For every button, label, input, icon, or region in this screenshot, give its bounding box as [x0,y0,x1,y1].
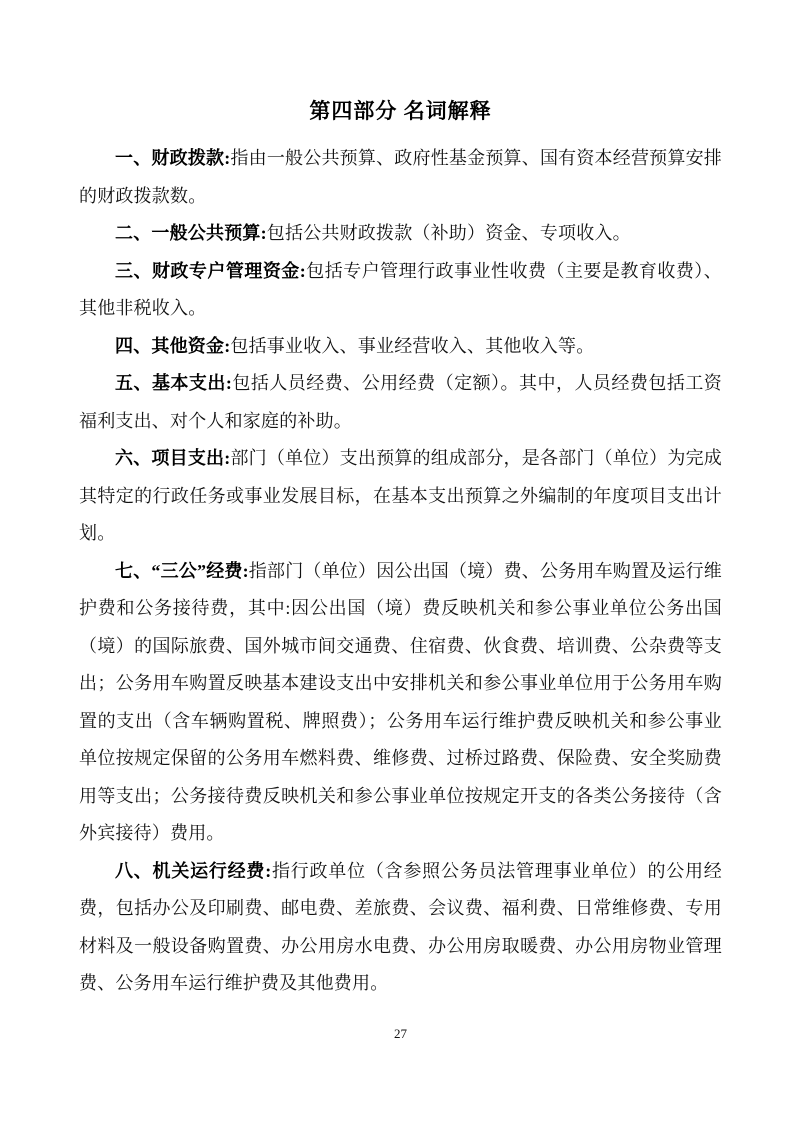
definition-term: 一、财政拨款: [115,148,230,168]
document-page: 第四部分 名词解释 一、财政拨款:指由一般公共预算、政府性基金预算、国有资本经营… [0,0,793,1122]
definition-paragraph: 八、机关运行经费:指行政单位（含参照公务员法管理事业单位）的公用经费，包括办公及… [79,853,722,1003]
definition-text: 包括事业收入、事业经营收入、其他收入等。 [230,336,594,356]
definition-term: 七、“三公”经费: [115,561,249,581]
definition-term: 三、财政专户管理资金: [115,261,306,281]
definition-paragraph: 五、基本支出:包括人员经费、公用经费（定额）。其中，人员经费包括工资福利支出、对… [79,365,722,440]
definition-term: 四、其他资金: [115,336,230,356]
definition-term: 五、基本支出: [115,373,232,393]
definition-paragraph: 三、财政专户管理资金:包括专户管理行政事业性收费（主要是教育收费）、其他非税收入… [79,253,722,328]
page-title: 第四部分 名词解释 [79,97,722,125]
definition-paragraph: 六、项目支出:部门（单位）支出预算的组成部分，是各部门（单位）为完成其特定的行政… [79,440,722,553]
definition-paragraph: 一、财政拨款:指由一般公共预算、政府性基金预算、国有资本经营预算安排的财政拨款数… [79,140,722,215]
definition-text: 指部门（单位）因公出国（境）费、公务用车购置及运行维护费和公务接待费，其中:因公… [79,561,722,844]
page-number: 27 [79,1026,722,1042]
definition-paragraph: 七、“三公”经费:指部门（单位）因公出国（境）费、公务用车购置及运行维护费和公务… [79,553,722,853]
definition-term: 六、项目支出: [115,448,230,468]
document-body: 一、财政拨款:指由一般公共预算、政府性基金预算、国有资本经营预算安排的财政拨款数… [79,140,722,1003]
definition-text: 包括公共财政拨款（补助）资金、专项收入。 [267,223,631,243]
definition-term: 八、机关运行经费: [115,861,271,881]
definition-term: 二、一般公共预算: [115,223,267,243]
definition-paragraph: 二、一般公共预算:包括公共财政拨款（补助）资金、专项收入。 [79,215,722,253]
definition-paragraph: 四、其他资金:包括事业收入、事业经营收入、其他收入等。 [79,328,722,366]
